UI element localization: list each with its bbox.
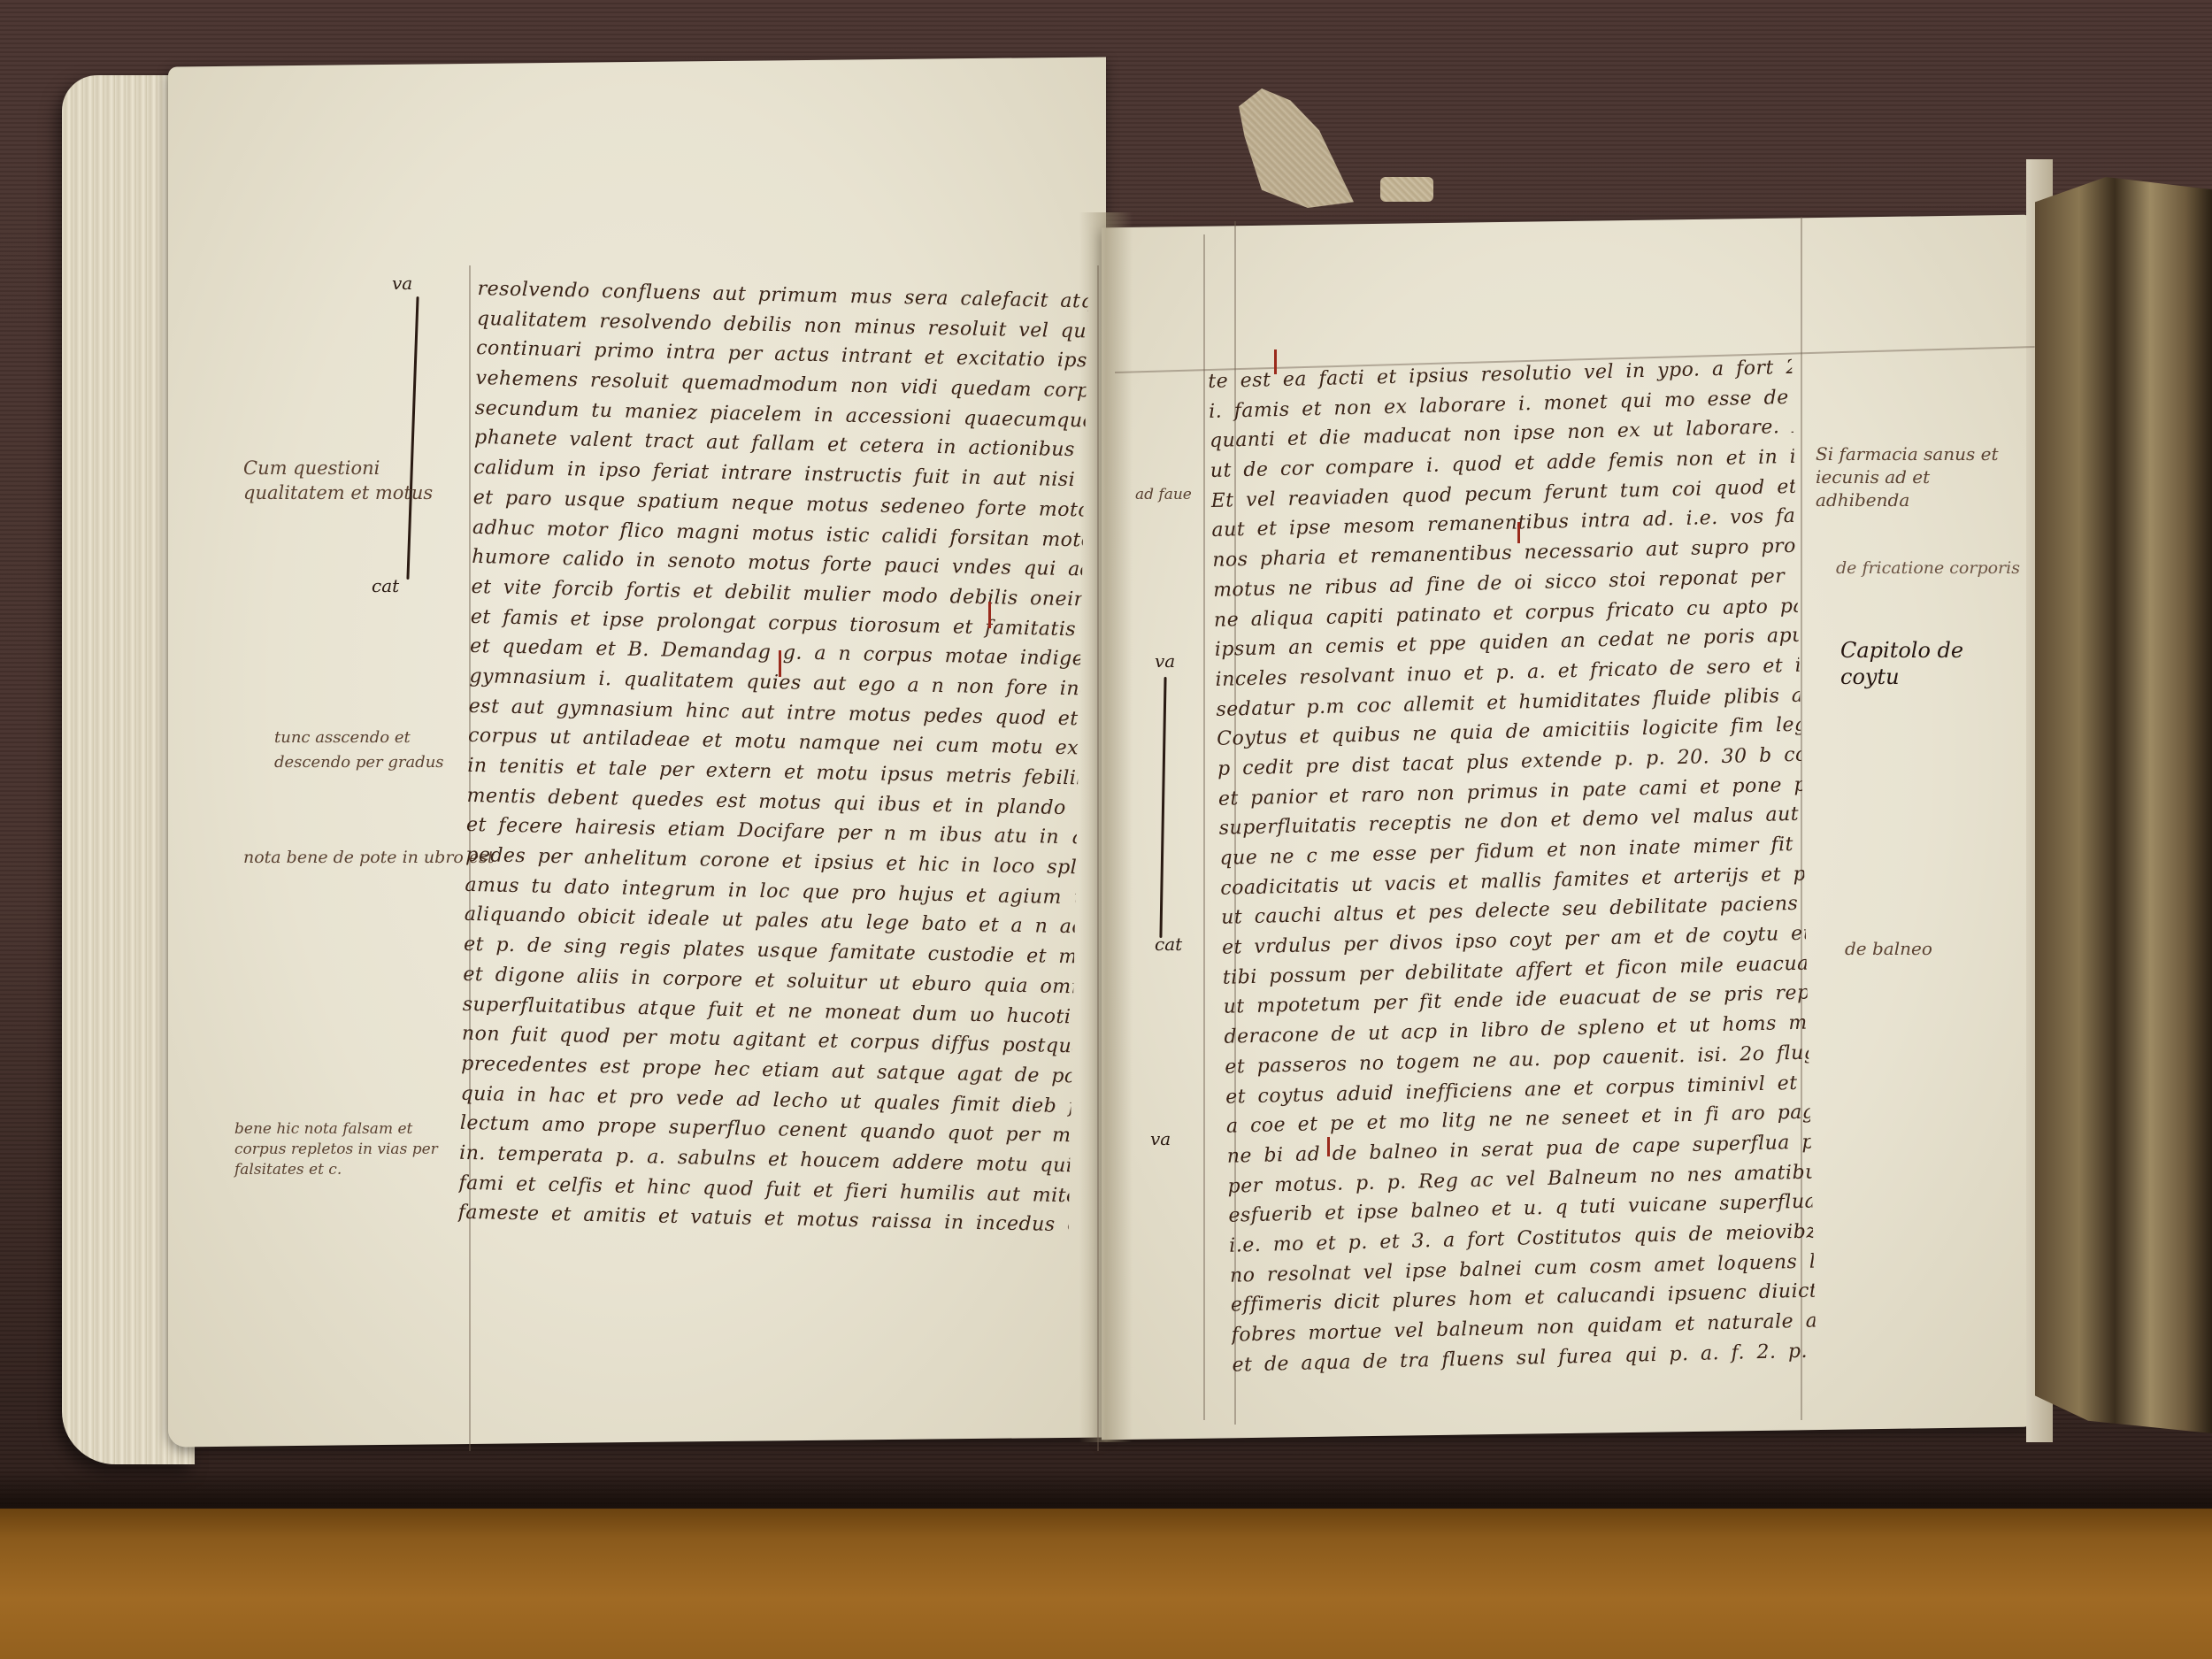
margin-note-right-2: de fricatione corporis	[1836, 556, 2031, 580]
margin-note-right-1: Si farmacia sanus et iecunis ad et adhib…	[1816, 442, 2010, 511]
rubric-mark	[988, 602, 991, 628]
vacat-top-left: va	[392, 273, 412, 294]
vacat-bottom-right: cat	[1155, 933, 1182, 955]
margin-note-right-left: ad faue	[1135, 482, 1192, 507]
margin-note-right-4: de balneo	[1845, 936, 1932, 961]
margin-note-left-4: bene hic nota falsam et corpus repletos …	[234, 1119, 465, 1180]
right-page-text: te est ea facti et ipsius resolutio vel …	[1208, 353, 1816, 1380]
left-page-rule-right	[1097, 265, 1099, 1451]
wooden-table	[0, 1509, 2212, 1659]
margin-note-left-2: tunc asscendo et descendo per gradus	[274, 726, 451, 775]
chapter-heading-de-coytu: Capitolo de coytu	[1840, 637, 1973, 690]
rubric-mark	[1274, 349, 1277, 374]
margin-note-left-3: nota bene de pote in ubro est	[243, 845, 482, 870]
book-gutter	[1079, 212, 1133, 1442]
vacat-footer-right: va	[1150, 1128, 1171, 1149]
right-page-rule-left	[1203, 234, 1205, 1420]
margin-note-left-1: Cum questioni qualitatem et motus	[243, 456, 482, 505]
left-page-text: resolvendo confluens aut primum mus sera…	[457, 274, 1087, 1240]
rubric-mark	[1517, 522, 1520, 543]
vacat-bottom-left: cat	[372, 575, 399, 596]
parchment-spine-strip	[2035, 177, 2212, 1433]
rubric-mark	[779, 650, 781, 677]
linen-bookmark-fragment	[1380, 177, 1433, 202]
rubric-mark	[1327, 1137, 1330, 1156]
vacat-top-right: va	[1155, 650, 1175, 672]
